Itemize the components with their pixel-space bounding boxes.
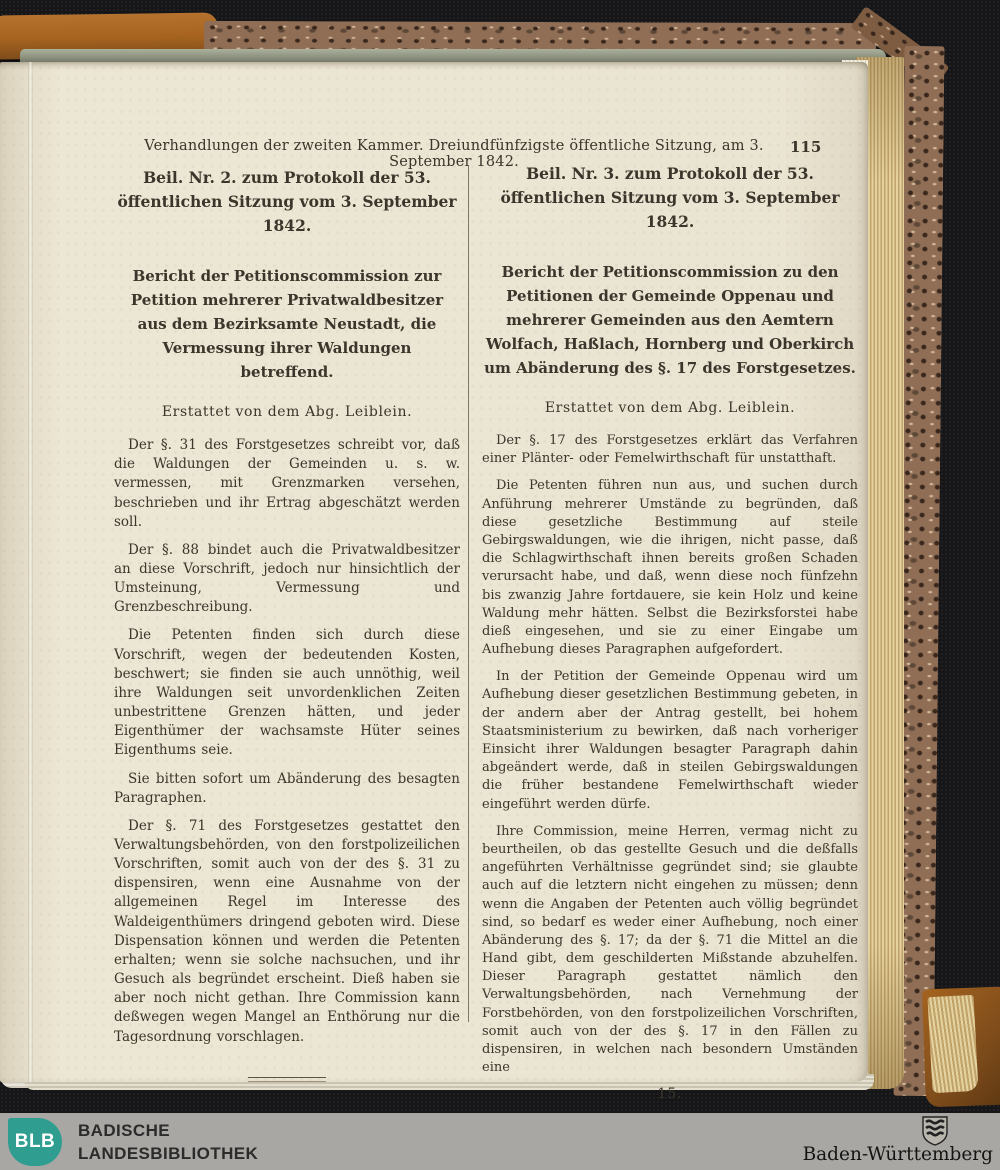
section-end-rule [248,1077,326,1082]
paragraph: In der Petition der Gemeinde Oppenau wir… [482,668,858,814]
library-name-line2: LANDESBIBLIOTHEK [78,1143,258,1166]
library-name-line1: BADISCHE [78,1120,258,1143]
region-name: Baden-Württemberg [803,1144,993,1165]
sheet-signature-mark: 15. [482,1086,858,1102]
column-left: Beil. Nr. 2. zum Protokoll der 53. öffen… [114,166,460,1082]
beilage-heading: Beil. Nr. 2. zum Protokoll der 53. öffen… [114,166,460,238]
paragraph: Der §. 31 des Forstgesetzes schreibt vor… [114,436,460,532]
column-divider-rule [468,166,469,1022]
report-title: Bericht der Petitionscommission zur Peti… [114,264,460,384]
paragraph: Die Petenten führen nun aus, und suchen … [482,477,858,659]
scan-photo-stage: Verhandlungen der zweiten Kammer. Dreiun… [0,0,1000,1170]
beilage-heading: Beil. Nr. 3. zum Protokoll der 53. öffen… [482,162,858,234]
paragraph: Der §. 88 bindet auch die Privatwaldbesi… [114,541,460,618]
reporter-line: Erstattet von dem Abg. Leiblein. [482,400,858,416]
paragraph: Sie bitten sofort um Abänderung des besa… [114,770,460,808]
report-title: Bericht der Petitionscommission zu den P… [482,260,858,380]
book-fore-edge-corner [928,995,979,1093]
column-right: Beil. Nr. 3. zum Protokoll der 53. öffen… [482,162,858,1102]
blb-logo-text: BLB [15,1131,56,1153]
page-gutter-crease [28,62,33,1082]
paragraph: Der §. 71 des Forstgesetzes gestattet de… [114,817,460,1047]
reporter-line: Erstattet von dem Abg. Leiblein. [114,404,460,420]
page-number: 115 [790,138,821,156]
blb-logo-icon: BLB [8,1118,62,1166]
baden-wuerttemberg-coat-of-arms-icon [921,1116,949,1146]
scanned-book-page: Verhandlungen der zweiten Kammer. Dreiun… [0,62,868,1082]
library-name: BADISCHE LANDESBIBLIOTHEK [78,1120,258,1166]
paragraph: Die Petenten finden sich durch diese Vor… [114,626,460,760]
paragraph: Ihre Commission, meine Herren, vermag ni… [482,823,858,1078]
paragraph: Der §. 17 des Forstgesetzes erklärt das … [482,432,858,468]
library-footer-bar: BLB BADISCHE LANDESBIBLIOTHEK Baden-Würt… [0,1113,1000,1170]
